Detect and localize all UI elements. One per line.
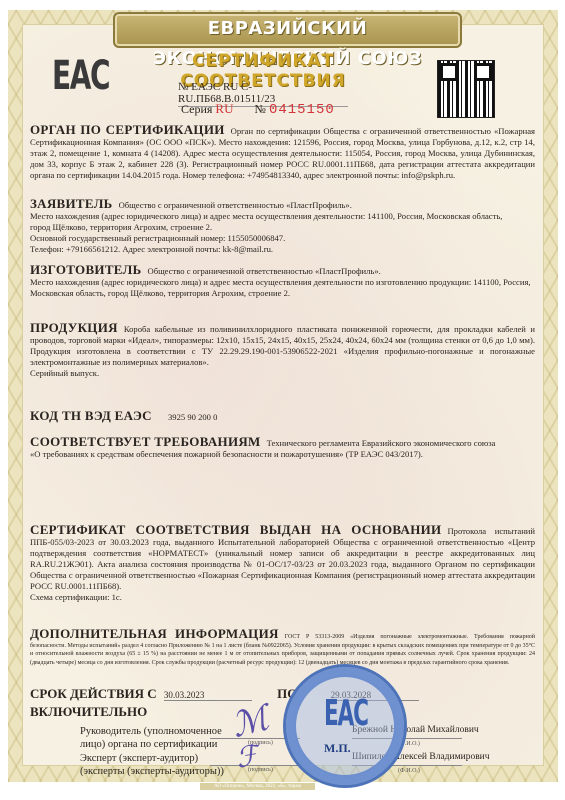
section-heading: ПРОДУКЦИЯ — [30, 320, 118, 335]
validity-from-date: 30.03.2023 — [164, 690, 252, 701]
eac-logo-icon: ЕАС — [52, 53, 109, 99]
official-stamp-icon: ЕАС М.П. — [283, 664, 407, 788]
section-conforms: СООТВЕТСТВУЕТ ТРЕБОВАНИЯМТехнического ре… — [30, 436, 535, 460]
section-heading: ОРГАН ПО СЕРТИФИКАЦИИ — [30, 122, 225, 137]
section-manufacturer: ИЗГОТОВИТЕЛЬОбщество с ограниченной отве… — [30, 264, 535, 299]
manufacturer-address: Место нахождения (адрес юридического лиц… — [30, 277, 531, 287]
series-label: Серия — [181, 102, 212, 116]
print-info: АО «Опцион», Москва, 2022, «Б», тираж — [200, 783, 315, 790]
hs-code-value: 3925 90 200 0 — [168, 412, 217, 422]
section-certification-body: ОРГАН ПО СЕРТИФИКАЦИИОрган по сертификац… — [30, 124, 535, 181]
qr-code-icon[interactable] — [437, 60, 495, 118]
head-label: Руководитель (уполномоченное лицо) орган… — [80, 725, 222, 751]
expert-label: Эксперт (эксперт-аудитор) (эксперты (экс… — [80, 752, 224, 778]
validity-inclusive: ВКЛЮЧИТЕЛЬНО — [30, 704, 147, 720]
stamp-eac-logo: ЕАС — [324, 693, 368, 734]
union-banner: ЕВРАЗИЙСКИЙ ЭКОНОМИЧЕСКИЙ СОЮЗ — [113, 12, 462, 48]
section-heading: ДОПОЛНИТЕЛЬНАЯ ИНФОРМАЦИЯ — [30, 626, 279, 641]
regulation-name: «О требованиях к средствам обеспечения п… — [30, 449, 423, 459]
section-heading: КОД ТН ВЭД ЕАЭС — [30, 408, 152, 423]
series-value: RU — [215, 101, 233, 116]
stamp-mp-label: М.П. — [324, 741, 351, 756]
section-text: Общество с ограниченной ответственностью… — [147, 266, 380, 276]
validity-from-label: СРОК ДЕЙСТВИЯ С — [30, 686, 157, 701]
applicant-city: город Щёлково, территория Агрохим, строе… — [30, 222, 212, 232]
blank-number-label: № — [254, 102, 265, 116]
product-serial: Серийный выпуск. — [30, 368, 99, 378]
section-heading: СООТВЕТСТВУЕТ ТРЕБОВАНИЯМ — [30, 434, 261, 449]
applicant-ogrn: Основной государственный регистрационный… — [30, 233, 285, 243]
series-line: Серия RU № 0415150 — [181, 101, 335, 118]
blank-number: 0415150 — [269, 102, 335, 118]
expert-fio-caption: (Ф.И.О.) — [398, 768, 420, 774]
section-heading: СЕРТИФИКАТ СООТВЕТСТВИЯ ВЫДАН НА ОСНОВАН… — [30, 522, 441, 537]
certification-scheme: Схема сертификации: 1с. — [30, 592, 122, 602]
section-issued-basis: СЕРТИФИКАТ СООТВЕТСТВИЯ ВЫДАН НА ОСНОВАН… — [30, 524, 535, 603]
applicant-address: Место нахождения (адрес юридического лиц… — [30, 211, 502, 221]
section-product: ПРОДУКЦИЯКороба кабельные из поливинилхл… — [30, 322, 535, 379]
expert-label-line1: Эксперт (эксперт-аудитор) — [80, 753, 198, 764]
section-additional-info: ДОПОЛНИТЕЛЬНАЯ ИНФОРМАЦИЯГОСТ Р 53313-20… — [30, 630, 535, 667]
section-heading: ИЗГОТОВИТЕЛЬ — [30, 262, 141, 277]
section-applicant: ЗАЯВИТЕЛЬОбщество с ограниченной ответст… — [30, 198, 535, 255]
head-label-line2: лицо) органа по сертификации — [80, 739, 217, 750]
manufacturer-city: Московская область, город Щёлково, терри… — [30, 288, 290, 298]
section-heading: ЗАЯВИТЕЛЬ — [30, 196, 113, 211]
section-text: Общество с ограниченной ответственностью… — [119, 200, 352, 210]
section-text: Технического регламента Евразийского эко… — [267, 438, 496, 448]
section-hs-code: КОД ТН ВЭД ЕАЭС 3925 90 200 0 — [30, 410, 535, 423]
applicant-contacts: Телефон: +79166561212. Адрес электронной… — [30, 244, 273, 254]
head-label-line1: Руководитель (уполномоченное — [80, 726, 222, 737]
expert-label-line2: (эксперты (эксперты-аудиторы)) — [80, 766, 224, 777]
